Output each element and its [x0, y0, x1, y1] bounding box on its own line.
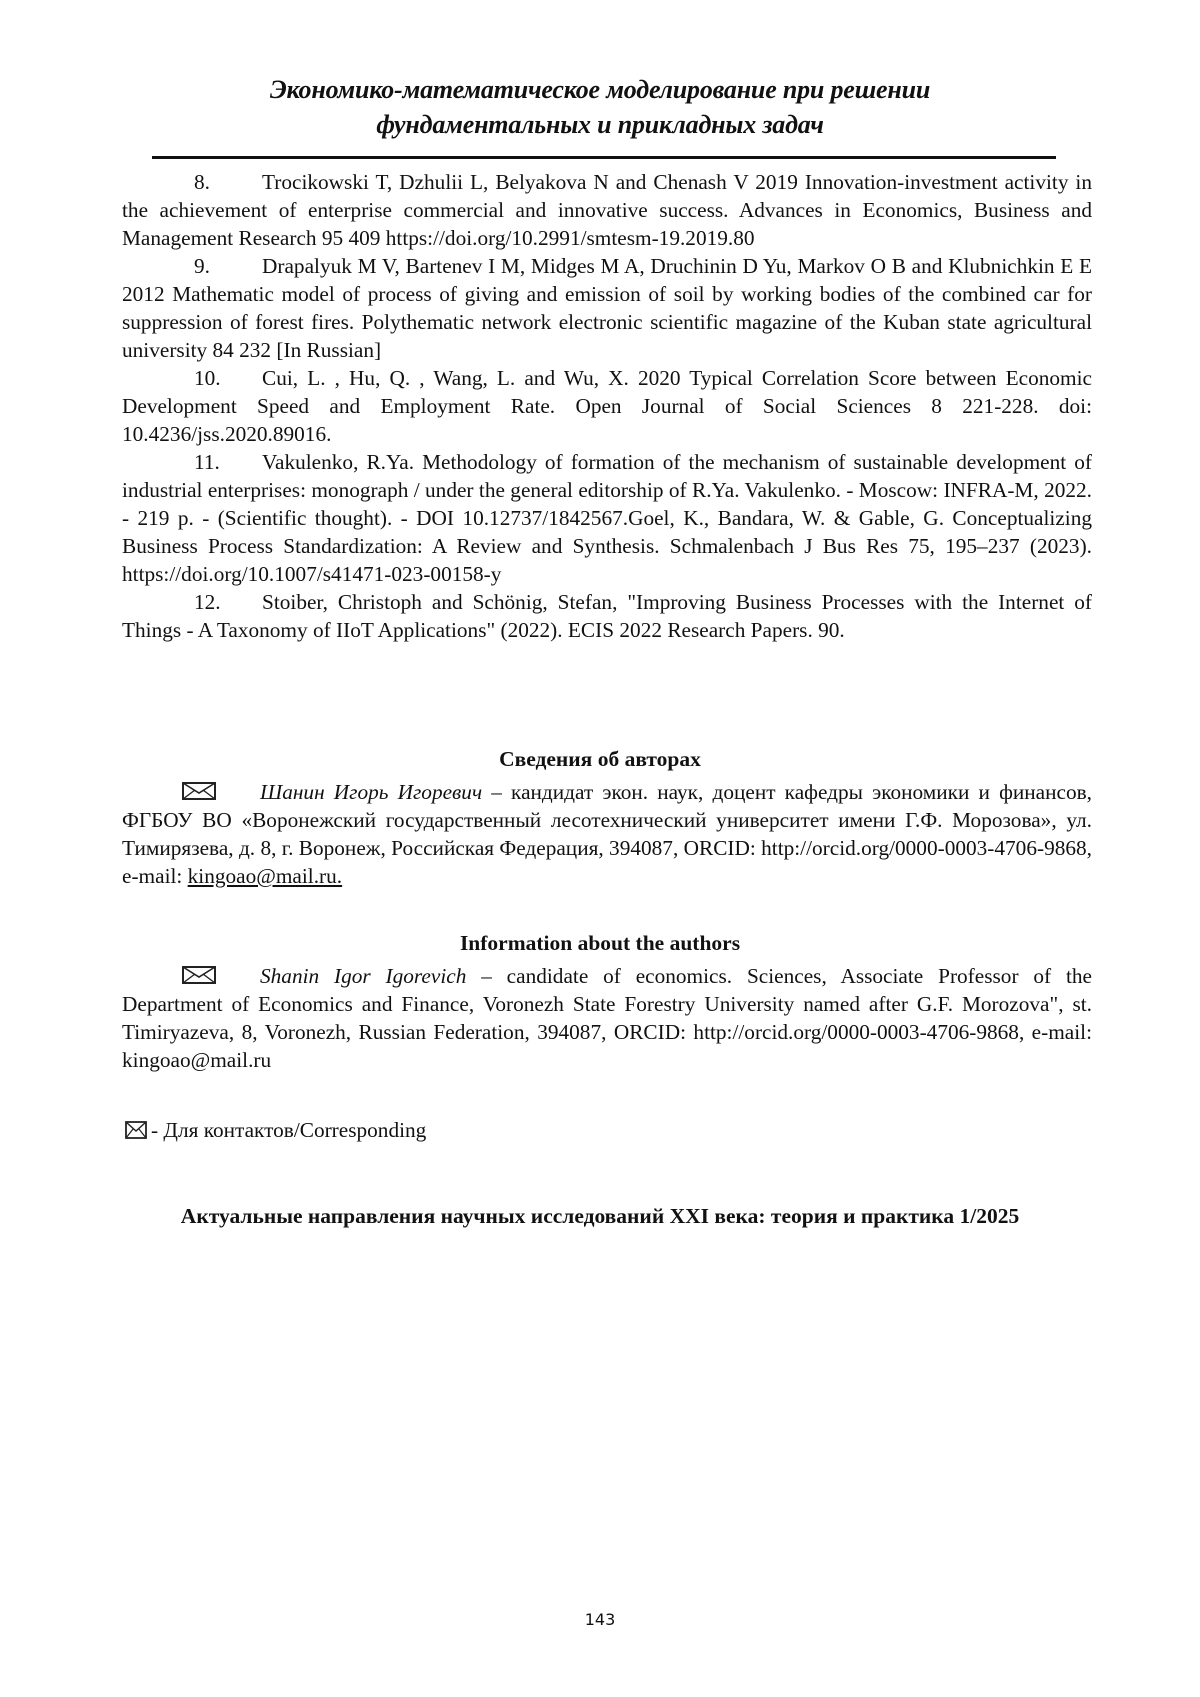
corresponding-legend: - Для контактов/Corresponding — [125, 1116, 426, 1144]
reference-item: 12.Stoiber, Christoph and Schönig, Stefa… — [122, 588, 1092, 644]
reference-number: 12. — [194, 588, 262, 616]
reference-number: 8. — [194, 168, 262, 196]
author-info-ru: Шанин Игорь Игоревич – кандидат экон. на… — [122, 778, 1092, 890]
reference-text: Trocikowski T, Dzhulii L, Belyakova N an… — [122, 170, 1092, 250]
reference-text: Stoiber, Christoph and Schönig, Stefan, … — [122, 590, 1092, 642]
running-footer: Актуальные направления научных исследова… — [120, 1202, 1080, 1230]
reference-number: 9. — [194, 252, 262, 280]
envelope-icon — [182, 782, 216, 800]
reference-item: 9.Drapalyuk M V, Bartenev I M, Midges M … — [122, 252, 1092, 364]
author-info-en: Shanin Igor Igorevich – candidate of eco… — [122, 962, 1092, 1074]
reference-number: 10. — [194, 364, 262, 392]
running-header: Экономико-математическое моделирование п… — [120, 72, 1080, 142]
running-header-line-1: Экономико-математическое моделирование п… — [120, 72, 1080, 107]
authors-section-title-en: Information about the authors — [120, 929, 1080, 957]
reference-list: 8.Trocikowski T, Dzhulii L, Belyakova N … — [122, 168, 1092, 644]
author-name-ru: Шанин Игорь Игоревич — [260, 780, 482, 804]
page-number: 143 — [560, 1610, 640, 1630]
reference-text: Cui, L. , Hu, Q. , Wang, L. and Wu, X. 2… — [122, 366, 1092, 446]
envelope-icon — [125, 1121, 147, 1139]
running-header-line-2: фундаментальных и прикладных задач — [120, 107, 1080, 142]
reference-item: 10.Cui, L. , Hu, Q. , Wang, L. and Wu, X… — [122, 364, 1092, 448]
reference-number: 11. — [194, 448, 262, 476]
header-rule — [152, 156, 1056, 159]
reference-text: Vakulenko, R.Ya. Methodology of formatio… — [122, 450, 1092, 586]
author-email-link-ru[interactable]: kingoao@mail.ru. — [188, 864, 342, 888]
document-page: Экономико-математическое моделирование п… — [0, 0, 1200, 1697]
reference-item: 8.Trocikowski T, Dzhulii L, Belyakova N … — [122, 168, 1092, 252]
corresponding-legend-text: - Для контактов/Corresponding — [151, 1118, 426, 1142]
reference-item: 11.Vakulenko, R.Ya. Methodology of forma… — [122, 448, 1092, 588]
reference-text: Drapalyuk M V, Bartenev I M, Midges M A,… — [122, 254, 1092, 362]
envelope-icon — [182, 966, 216, 984]
authors-section-title-ru: Сведения об авторах — [120, 745, 1080, 773]
author-name-en: Shanin Igor Igorevich — [260, 964, 466, 988]
